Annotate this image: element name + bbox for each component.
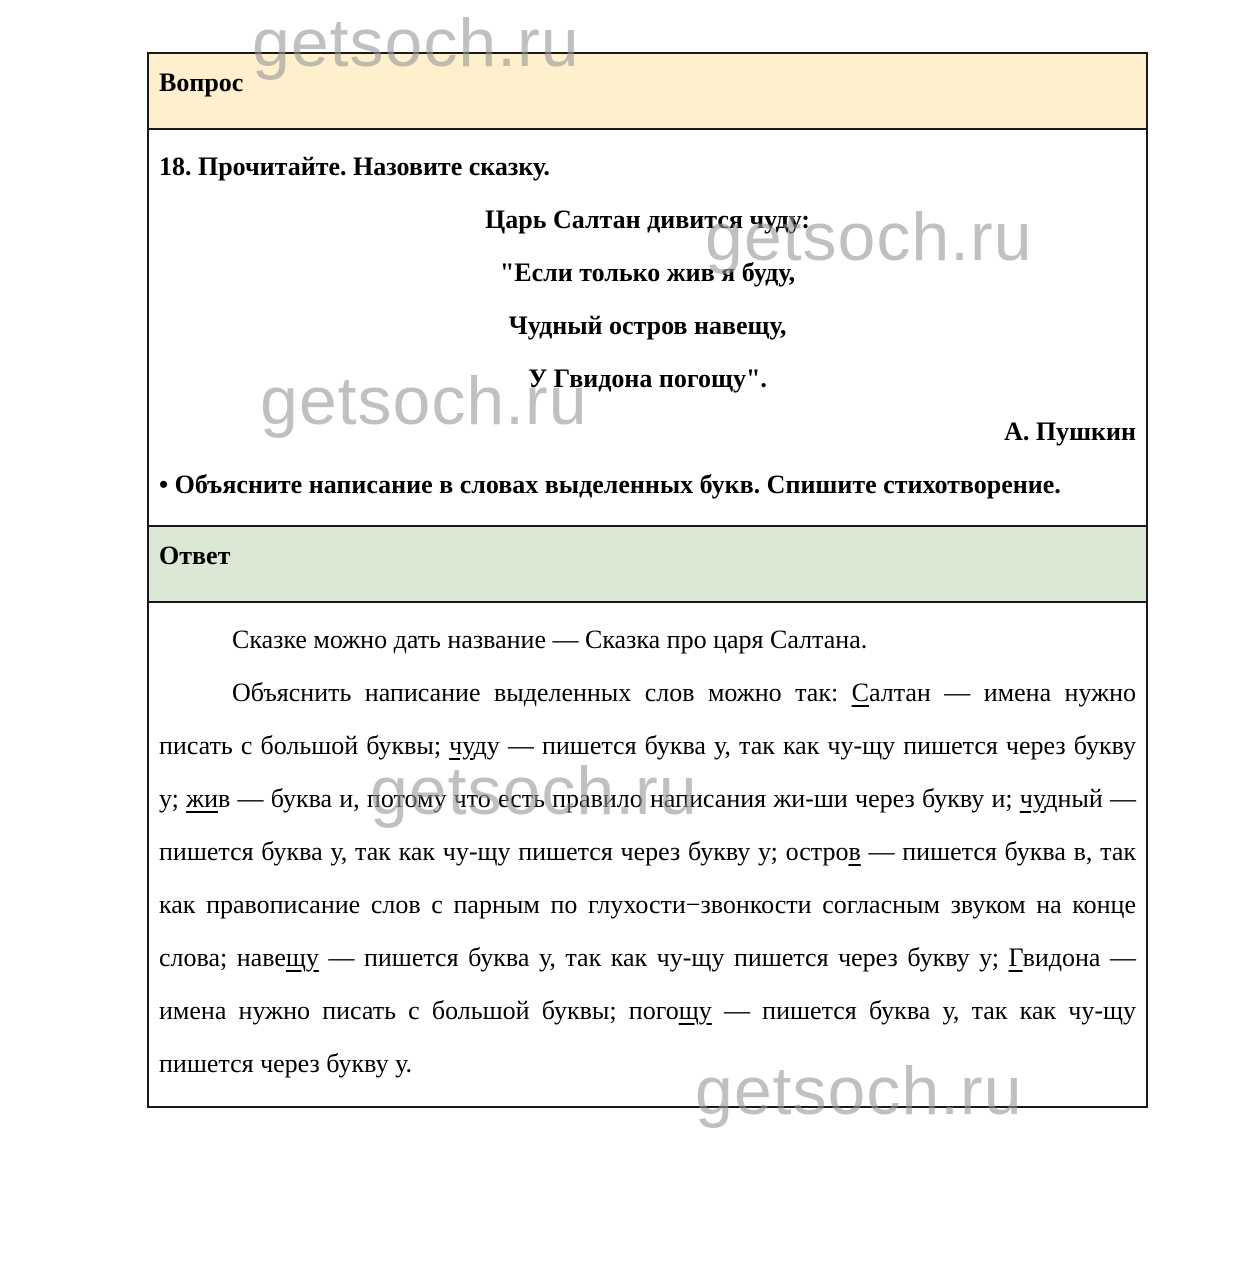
highlighted-letters: щу <box>679 996 712 1025</box>
answer-paragraph-1: Сказке можно дать название — Сказка про … <box>159 613 1136 666</box>
question-header: Вопрос <box>149 54 1146 130</box>
highlighted-letters: в <box>849 837 861 866</box>
highlighted-letters: Г <box>1009 943 1023 972</box>
question-task: • Объясните написание в словах выделенны… <box>159 458 1136 511</box>
highlighted-letters: жи <box>186 784 218 813</box>
highlighted-letters: чу <box>449 731 473 760</box>
poem-line: Царь Салтан дивится чуду: <box>159 193 1136 246</box>
poem-author: А. Пушкин <box>159 405 1136 458</box>
highlighted-letters: чу <box>1020 784 1044 813</box>
answer-paragraph-2: Объяснить написание выделенных слов можн… <box>159 666 1136 1090</box>
question-title: 18. Прочитайте. Назовите сказку. <box>159 140 1136 193</box>
text-segment: Объяснить написание выделенных слов можн… <box>232 678 852 707</box>
poem-line: "Если только жив я буду, <box>159 246 1136 299</box>
question-body: 18. Прочитайте. Назовите сказку. Царь Са… <box>149 130 1146 527</box>
text-segment: — пишется буква у, так как чу-щу пишется… <box>319 943 1009 972</box>
highlighted-letters: щу <box>286 943 319 972</box>
qa-table: Вопрос 18. Прочитайте. Назовите сказку. … <box>147 52 1148 1108</box>
answer-header: Ответ <box>149 527 1146 603</box>
highlighted-letters: С <box>852 678 869 707</box>
answer-body: Сказке можно дать название — Сказка про … <box>149 603 1146 1106</box>
poem-line: У Гвидона погощу". <box>159 352 1136 405</box>
text-segment: в — буква и, потому что есть правило нап… <box>218 784 1020 813</box>
poem-line: Чудный остров навещу, <box>159 299 1136 352</box>
